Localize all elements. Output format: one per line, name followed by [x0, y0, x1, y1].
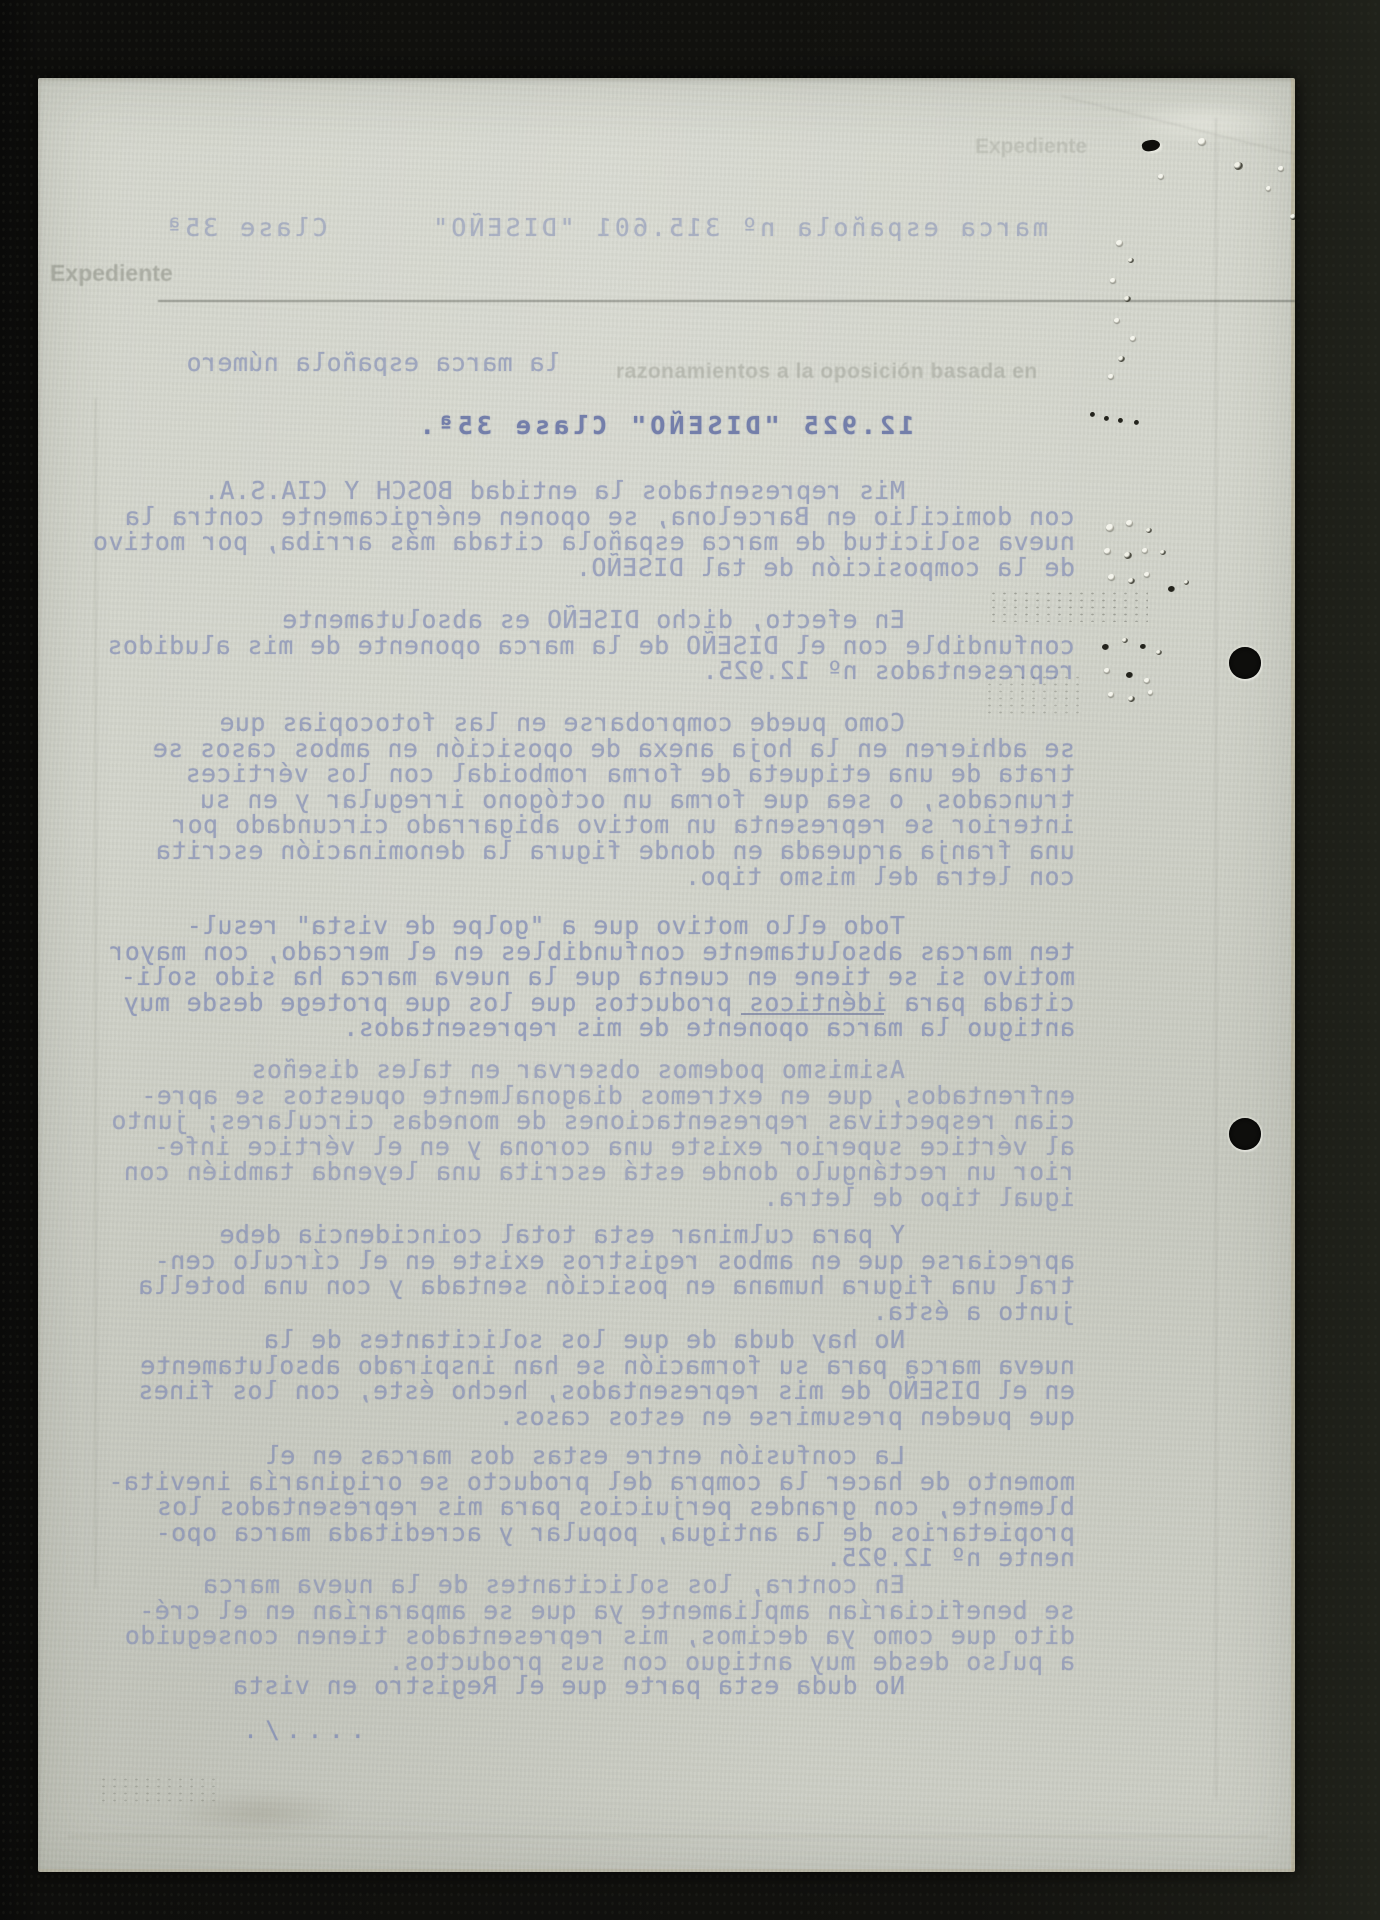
pinhole [1140, 644, 1146, 649]
continuation-mark: ..../. [236, 1718, 365, 1744]
pinhole [1128, 696, 1135, 702]
header-title-class: Clase 35ª [164, 215, 327, 241]
manual-underline-identicos [741, 1013, 884, 1015]
pinhole [1108, 574, 1115, 580]
pinhole [1168, 586, 1175, 592]
typed-paragraph: Y para culminar esta total coincidencia … [85, 1222, 1075, 1324]
scanner-background: { "document": { "header": { "title_line"… [0, 0, 1380, 1920]
typed-text-mirrored-layer: marca española nº 315.601 "DISEÑO" Clase… [38, 78, 1295, 1872]
pinhole [1124, 296, 1131, 302]
punch-hole [1229, 1118, 1261, 1150]
pinhole [1290, 214, 1295, 220]
pinhole [1116, 240, 1123, 246]
pinhole [1130, 336, 1136, 341]
typed-paragraph: En efecto, dicho DISEÑO es absolutamente… [85, 607, 1075, 684]
reference-block-line1: la marca española número [140, 350, 560, 376]
pinhole [1108, 374, 1114, 379]
pinhole [1158, 174, 1164, 179]
typed-paragraph: Todo ello motivo que a "golpe de vista" … [85, 913, 1075, 1041]
pinhole [1128, 258, 1134, 263]
pinhole [1134, 420, 1139, 425]
pinhole [1126, 520, 1133, 526]
pinhole [1118, 418, 1123, 423]
typed-paragraph: Como puede comprobarse en las fotocopias… [85, 710, 1075, 889]
typed-paragraph: En contra, los solicitantes de la nueva … [85, 1572, 1075, 1674]
punch-hole [1229, 647, 1261, 679]
typed-paragraph: No hay duda de que los solicitantes de l… [85, 1327, 1075, 1429]
pinhole [1104, 668, 1110, 673]
pinhole [1114, 318, 1120, 323]
pinhole [1090, 412, 1095, 417]
typed-paragraph: No duda esta parte que el Registro en vi… [85, 1673, 1075, 1699]
pinhole [1104, 548, 1111, 554]
pinhole [1144, 572, 1150, 577]
paper-stain [170, 1790, 350, 1836]
pinhole [1198, 138, 1206, 145]
pinhole [1108, 692, 1114, 697]
pinhole [1106, 524, 1114, 531]
scanned-document-page: Expediente Expediente razonamientos a la… [38, 78, 1295, 1872]
pinhole [1128, 578, 1135, 584]
pinhole [1266, 186, 1271, 191]
typed-paragraph: Asimismo podemos observar en tales diseñ… [85, 1057, 1075, 1211]
reference-block-line2: 12.925 "DISEÑO" Clase 35ª. [294, 413, 914, 439]
pinhole [1234, 162, 1243, 170]
typed-paragraph: La confusión entre estas dos marcas en e… [85, 1443, 1075, 1571]
pinhole [1126, 672, 1133, 678]
pinhole [1146, 528, 1152, 533]
pinhole [1156, 650, 1162, 655]
pinhole [1160, 550, 1166, 555]
pinhole [1148, 690, 1153, 695]
pinhole [1184, 580, 1189, 585]
pinhole [1118, 356, 1125, 362]
header-title-line: marca española nº 315.601 "DISEÑO" Clase… [164, 215, 1048, 241]
header-title-text: marca española nº 315.601 "DISEÑO" [430, 215, 1048, 241]
pinhole [1102, 644, 1109, 650]
pinhole [1278, 166, 1284, 171]
pinhole [1124, 552, 1132, 559]
pinhole [1110, 278, 1116, 283]
pinhole [1104, 416, 1109, 421]
pinhole [1144, 678, 1150, 683]
pinhole [1142, 548, 1148, 553]
typed-paragraph: Mis representados la entidad BOSCH Y CIA… [85, 478, 1075, 580]
pinhole [1122, 638, 1128, 643]
